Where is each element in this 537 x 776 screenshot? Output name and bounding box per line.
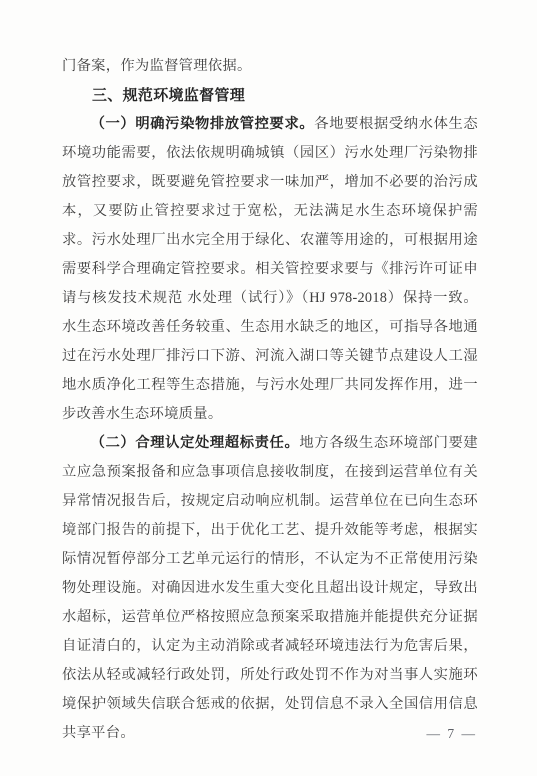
section-heading: 三、规范环境监督管理 — [62, 81, 478, 110]
text-run: 门备案，作为监督管理依据。 — [62, 58, 252, 74]
page-number: — 7 — — [427, 726, 478, 742]
paragraph: （一）明确污染物排放管控要求。各地要根据受纳水体生态环境功能需要，依法依规明确城… — [62, 110, 478, 429]
paragraph: 门备案，作为监督管理依据。 — [62, 52, 478, 81]
paragraph: （二）合理认定处理超标责任。地方各级生态环境部门要建立应急预案报备和应急事项信息… — [62, 429, 478, 748]
text-run: 各地要根据受纳水体生态环境功能需要，依法依规明确城镇（园区）污水处理厂污染物排放… — [62, 116, 478, 422]
emphasis-run: （二）合理认定处理超标责任。 — [91, 435, 300, 451]
document-page: 门备案，作为监督管理依据。三、规范环境监督管理（一）明确污染物排放管控要求。各地… — [0, 0, 537, 776]
emphasis-run: 三、规范环境监督管理 — [92, 87, 245, 104]
document-body: 门备案，作为监督管理依据。三、规范环境监督管理（一）明确污染物排放管控要求。各地… — [62, 52, 478, 748]
emphasis-run: （一）明确污染物排放管控要求。 — [91, 116, 315, 132]
text-run: 地方各级生态环境部门要建立应急预案报备和应急事项信息接收制度，在接到运营单位有关… — [62, 435, 478, 741]
